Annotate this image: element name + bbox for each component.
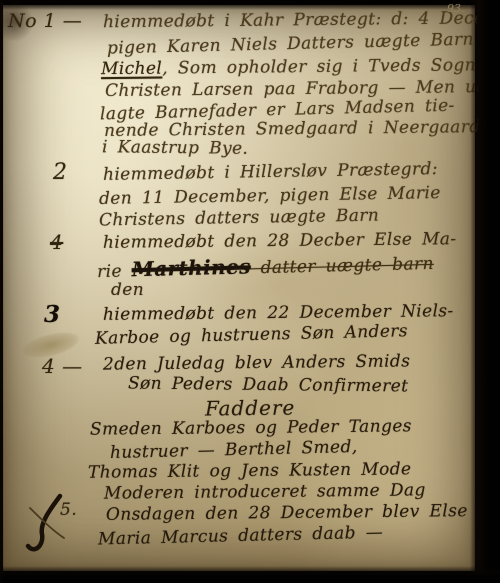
entry-5-margin-number: 4 — [42, 354, 83, 378]
manuscript-line: Smeden Karboes og Peder Tanges [90, 416, 412, 439]
manuscript-line: hiemmedøbt i Kahr Præstegt: d: 4 Decembe… [103, 8, 500, 33]
entry-3-margin-number-struck: 4 [50, 230, 63, 254]
manuscript-line: 2den Juledag blev Anders Smids [103, 351, 410, 374]
scan-border-left [0, 0, 4, 583]
manuscript-line: Onsdagen den 28 December blev Else [106, 501, 468, 525]
scan-border-right [470, 0, 500, 583]
scan-border-top [0, 0, 500, 10]
underlined-name: Michel [101, 59, 162, 80]
entry-1-margin-number: No 1 — [8, 10, 82, 32]
line-text: , Som opholder sig i Tveds Sogn hos [162, 55, 500, 79]
struck-name: Marthines [131, 254, 251, 281]
manuscript-line: Thomas Klit og Jens Kusten Mode [88, 459, 412, 482]
manuscript-line: Moderen introduceret samme Dag [104, 480, 426, 503]
line-text: rie [97, 261, 132, 282]
manuscript-scan: { "page": { "corner_number": "93." }, "e… [0, 0, 500, 583]
manuscript-line: Søn Peders Daab Confirmeret [128, 374, 409, 397]
manuscript-line: hiemmedøbt den 28 Decber Else Ma- [103, 229, 457, 253]
manuscript-line: i Kaastrup Bye. [102, 137, 248, 159]
page-number: 93. [447, 2, 465, 15]
entry-6-margin-number: 5. [60, 500, 77, 520]
manuscript-line: Michel, Som opholder sig i Tveds Sogn ho… [101, 55, 500, 79]
scan-border-bottom [0, 566, 500, 583]
entry-4-margin-number: 3 [44, 301, 61, 328]
entry-2-margin-number: 2 [53, 160, 68, 185]
manuscript-line: den [111, 280, 144, 300]
